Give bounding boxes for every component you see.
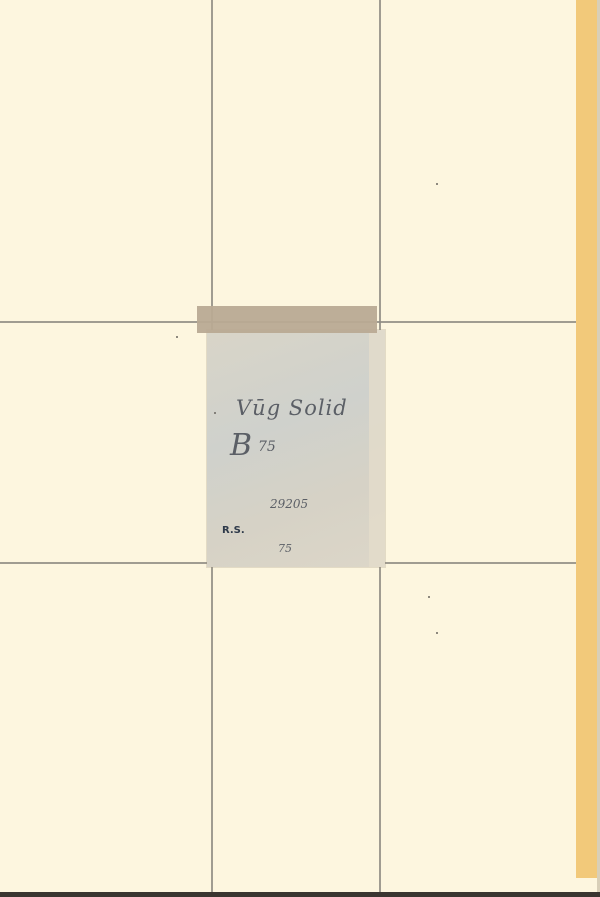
speck <box>428 596 430 598</box>
speck <box>436 183 438 185</box>
inscription-inventory-number: 29205 <box>270 497 308 511</box>
inscription-letter: B <box>230 428 252 463</box>
yellow-edge-strip <box>576 0 597 878</box>
paper-fold <box>369 330 385 567</box>
bottom-edge <box>0 892 600 897</box>
inscription-number: 75 <box>258 439 276 455</box>
inscription-title: Vūg Solid <box>236 396 348 420</box>
speck <box>176 336 178 338</box>
hinge-tape <box>197 306 377 333</box>
speck <box>436 632 438 634</box>
speck <box>214 412 216 414</box>
inscription-bottom-number: 75 <box>278 542 292 555</box>
collector-stamp: R.S. <box>222 525 245 536</box>
